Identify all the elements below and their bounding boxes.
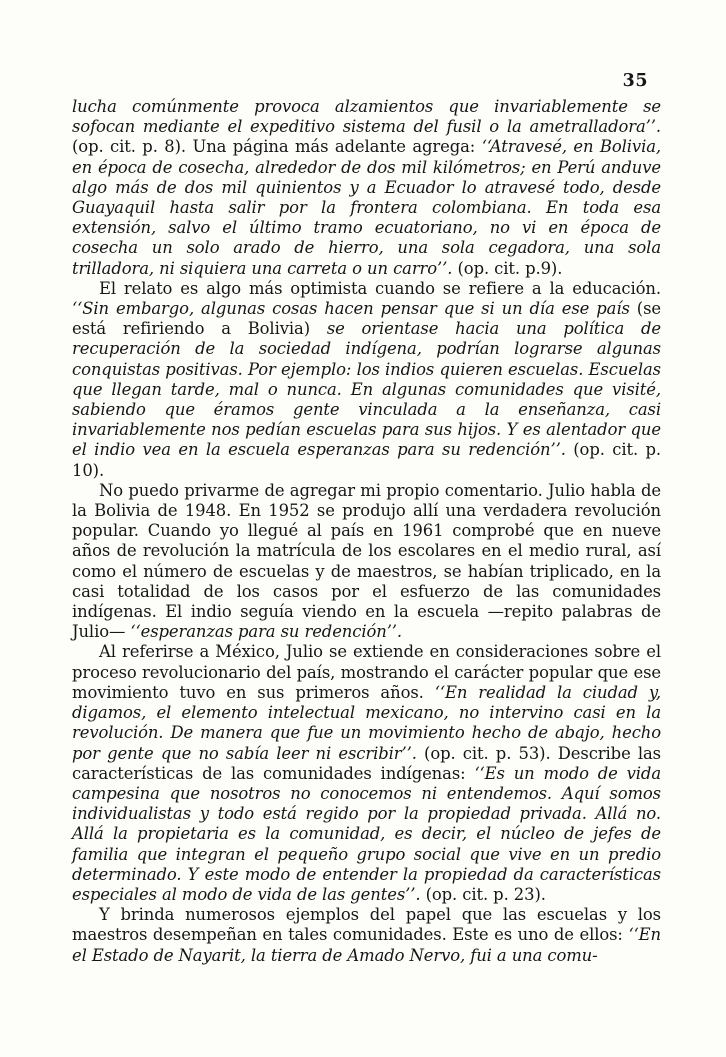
text-run: Y brinda numerosos ejemplos del papel qu…	[72, 905, 661, 944]
paragraph: Al referirse a México, Julio se extiende…	[72, 642, 661, 905]
text-run: lucha comúnmente provoca alzamientos que…	[72, 97, 661, 136]
text-run: (op. cit. p.9).	[458, 259, 563, 278]
paragraph: lucha comúnmente provoca alzamientos que…	[72, 97, 661, 279]
text-run: se orientase hacia una política de recup…	[72, 319, 661, 459]
text-run: ‘‘Es un modo de vida campesina que nosot…	[72, 764, 661, 904]
book-page: 35 lucha comúnmente provoca alzamientos …	[0, 0, 726, 1057]
page-body: lucha comúnmente provoca alzamientos que…	[72, 97, 661, 966]
text-run: ‘‘Sin embargo, algunas cosas hacen pensa…	[72, 299, 637, 318]
text-run: No puedo privarme de agregar mi propio c…	[72, 481, 661, 641]
text-run: ‘‘esperanzas para su redención’’.	[130, 622, 402, 641]
text-run: (op. cit. p. 8). Una página más adelante…	[72, 137, 482, 156]
text-run: El relato es algo más optimista cuando s…	[99, 279, 661, 298]
text-run: (op. cit. p. 23).	[426, 885, 546, 904]
paragraph: El relato es algo más optimista cuando s…	[72, 279, 661, 481]
paragraph: Y brinda numerosos ejemplos del papel qu…	[72, 905, 661, 966]
text-run: ‘‘Atravesé, en Bolivia, en época de cose…	[72, 137, 661, 277]
page-number: 35	[623, 71, 648, 91]
paragraph: No puedo privarme de agregar mi propio c…	[72, 481, 661, 643]
